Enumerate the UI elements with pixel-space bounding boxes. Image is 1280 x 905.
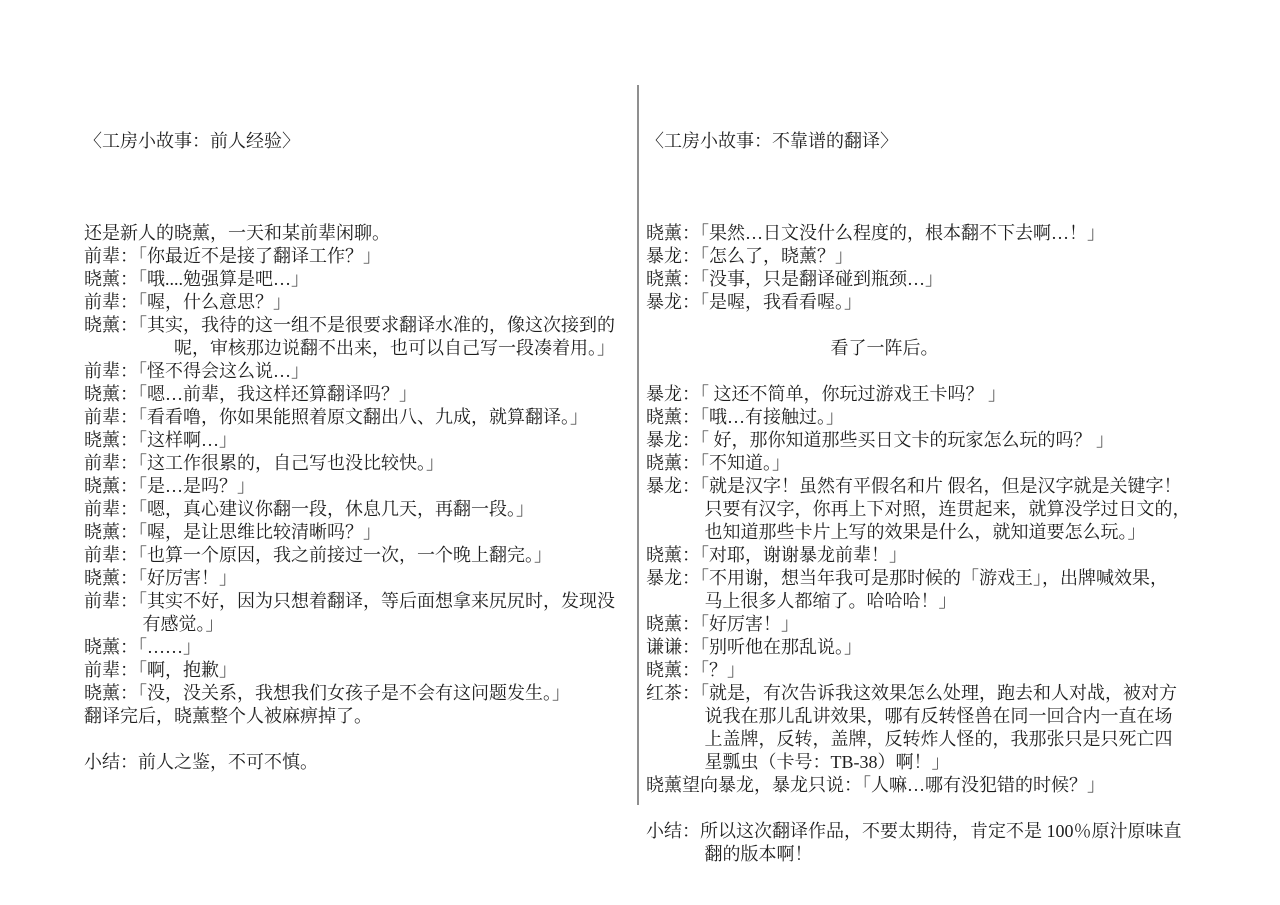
- text-line: 前辈：「怪不得会这么说…」: [84, 360, 632, 383]
- text-line: 说我在那儿乱讲效果，哪有反转怪兽在同一回合内一直在场: [646, 705, 1226, 728]
- text-line: 晓薰：「其实，我待的这一组不是很要求翻译水准的，像这次接到的: [84, 314, 632, 337]
- left-column-title: 〈工房小故事：前人经验〉: [84, 130, 632, 153]
- text-line: 有感觉。」: [84, 613, 632, 636]
- text-line: 呢，审核那边说翻不出来，也可以自己写一段凑着用。」: [84, 337, 632, 360]
- text-line: [646, 797, 1226, 820]
- right-column-lines: 晓薰：「果然…日文没什么程度的，根本翻不下去啊…！」暴龙：「怎么了，晓薰？」晓薰…: [646, 199, 1226, 866]
- text-line: [646, 360, 1226, 383]
- text-line: 晓薰：「好厉害！」: [646, 613, 1226, 636]
- text-line: 前辈：「你最近不是接了翻译工作？」: [84, 245, 632, 268]
- text-line: 谦谦：「别听他在那乱说。」: [646, 636, 1226, 659]
- text-line: 暴龙：「是喔，我看看喔。」: [646, 291, 1226, 314]
- text-line: 晓薰望向暴龙，暴龙只说：「人嘛…哪有没犯错的时候？」: [646, 774, 1226, 797]
- text-line: 前辈：「看看噜，你如果能照着原文翻出八、九成，就算翻译。」: [84, 406, 632, 429]
- text-line: 暴龙：「怎么了，晓薰？」: [646, 245, 1226, 268]
- right-column: 〈工房小故事：不靠谱的翻译〉 晓薰：「果然…日文没什么程度的，根本翻不下去啊…！…: [646, 84, 1226, 905]
- text-line: 也知道那些卡片上写的效果是什么，就知道要怎么玩。」: [646, 521, 1226, 544]
- text-line: 看了一阵后。: [646, 337, 1226, 360]
- text-line: 晓薰：「哦…有接触过。」: [646, 406, 1226, 429]
- document-page: 〈工房小故事：前人经验〉 还是新人的晓薰，一天和某前辈闲聊。前辈：「你最近不是接…: [0, 0, 1280, 905]
- text-line: [84, 199, 632, 222]
- text-line: 星瓢虫（卡号：TB-38）啊！」: [646, 751, 1226, 774]
- text-line: 晓薰：「不知道。」: [646, 452, 1226, 475]
- text-line: 晓薰：「这样啊…」: [84, 429, 632, 452]
- text-line: 晓薰：「没事，只是翻译碰到瓶颈…」: [646, 268, 1226, 291]
- text-line: 晓薰：「是…是吗？」: [84, 475, 632, 498]
- text-line: 前辈：「喔，什么意思？」: [84, 291, 632, 314]
- text-line: [84, 728, 632, 751]
- text-line: 晓薰：「喔，是让思维比较清晰吗？」: [84, 521, 632, 544]
- text-line: 前辈：「也算一个原因，我之前接过一次，一个晚上翻完。」: [84, 544, 632, 567]
- text-line: 红茶：「就是，有次告诉我这效果怎么处理，跑去和人对战，被对方: [646, 682, 1226, 705]
- text-line: 晓薰：「好厉害！」: [84, 567, 632, 590]
- text-line: 暴龙：「 好，那你知道那些买日文卡的玩家怎么玩的吗？ 」: [646, 429, 1226, 452]
- text-line: 暴龙：「不用谢，想当年我可是那时候的「游戏王」，出牌喊效果，: [646, 567, 1226, 590]
- text-line: 晓薰：「哦....勉强算是吧…」: [84, 268, 632, 291]
- text-line: 暴龙：「就是汉字！虽然有平假名和片 假名，但是汉字就是关键字！: [646, 475, 1226, 498]
- text-line: [646, 314, 1226, 337]
- text-line: [646, 199, 1226, 222]
- text-line: 小结：前人之鉴，不可不慎。: [84, 751, 632, 774]
- text-line: 翻译完后，晓薰整个人被麻痹掉了。: [84, 705, 632, 728]
- text-line: 前辈：「嗯，真心建议你翻一段，休息几天，再翻一段。」: [84, 498, 632, 521]
- text-line: 晓薰：「果然…日文没什么程度的，根本翻不下去啊…！」: [646, 222, 1226, 245]
- text-line: 前辈：「啊，抱歉」: [84, 659, 632, 682]
- right-column-title: 〈工房小故事：不靠谱的翻译〉: [646, 130, 1226, 153]
- text-line: 晓薰：「没，没关系，我想我们女孩子是不会有这问题发生。」: [84, 682, 632, 705]
- text-line: 小结：所以这次翻译作品，不要太期待，肯定不是 100％原汁原味直: [646, 820, 1226, 843]
- text-line: 暴龙：「 这还不简单，你玩过游戏王卡吗？ 」: [646, 383, 1226, 406]
- column-divider: [637, 85, 639, 805]
- text-line: 马上很多人都缩了。哈哈哈！」: [646, 590, 1226, 613]
- text-line: 上盖牌，反转，盖牌，反转炸人怪的，我那张只是只死亡四: [646, 728, 1226, 751]
- text-line: 翻的版本啊！: [646, 843, 1226, 866]
- left-column-lines: 还是新人的晓薰，一天和某前辈闲聊。前辈：「你最近不是接了翻译工作？」晓薰：「哦.…: [84, 199, 632, 774]
- text-line: 晓薰：「……」: [84, 636, 632, 659]
- text-line: 只要有汉字，你再上下对照，连贯起来，就算没学过日文的，: [646, 498, 1226, 521]
- left-column: 〈工房小故事：前人经验〉 还是新人的晓薰，一天和某前辈闲聊。前辈：「你最近不是接…: [84, 84, 632, 820]
- text-line: 前辈：「其实不好，因为只想着翻译，等后面想拿来尻尻时，发现没: [84, 590, 632, 613]
- text-line: 晓薰：「对耶，谢谢暴龙前辈！」: [646, 544, 1226, 567]
- text-line: 晓薰：「嗯…前辈，我这样还算翻译吗？」: [84, 383, 632, 406]
- text-line: 前辈：「这工作很累的，自己写也没比较快。」: [84, 452, 632, 475]
- text-line: 还是新人的晓薰，一天和某前辈闲聊。: [84, 222, 632, 245]
- text-line: 晓薰：「？」: [646, 659, 1226, 682]
